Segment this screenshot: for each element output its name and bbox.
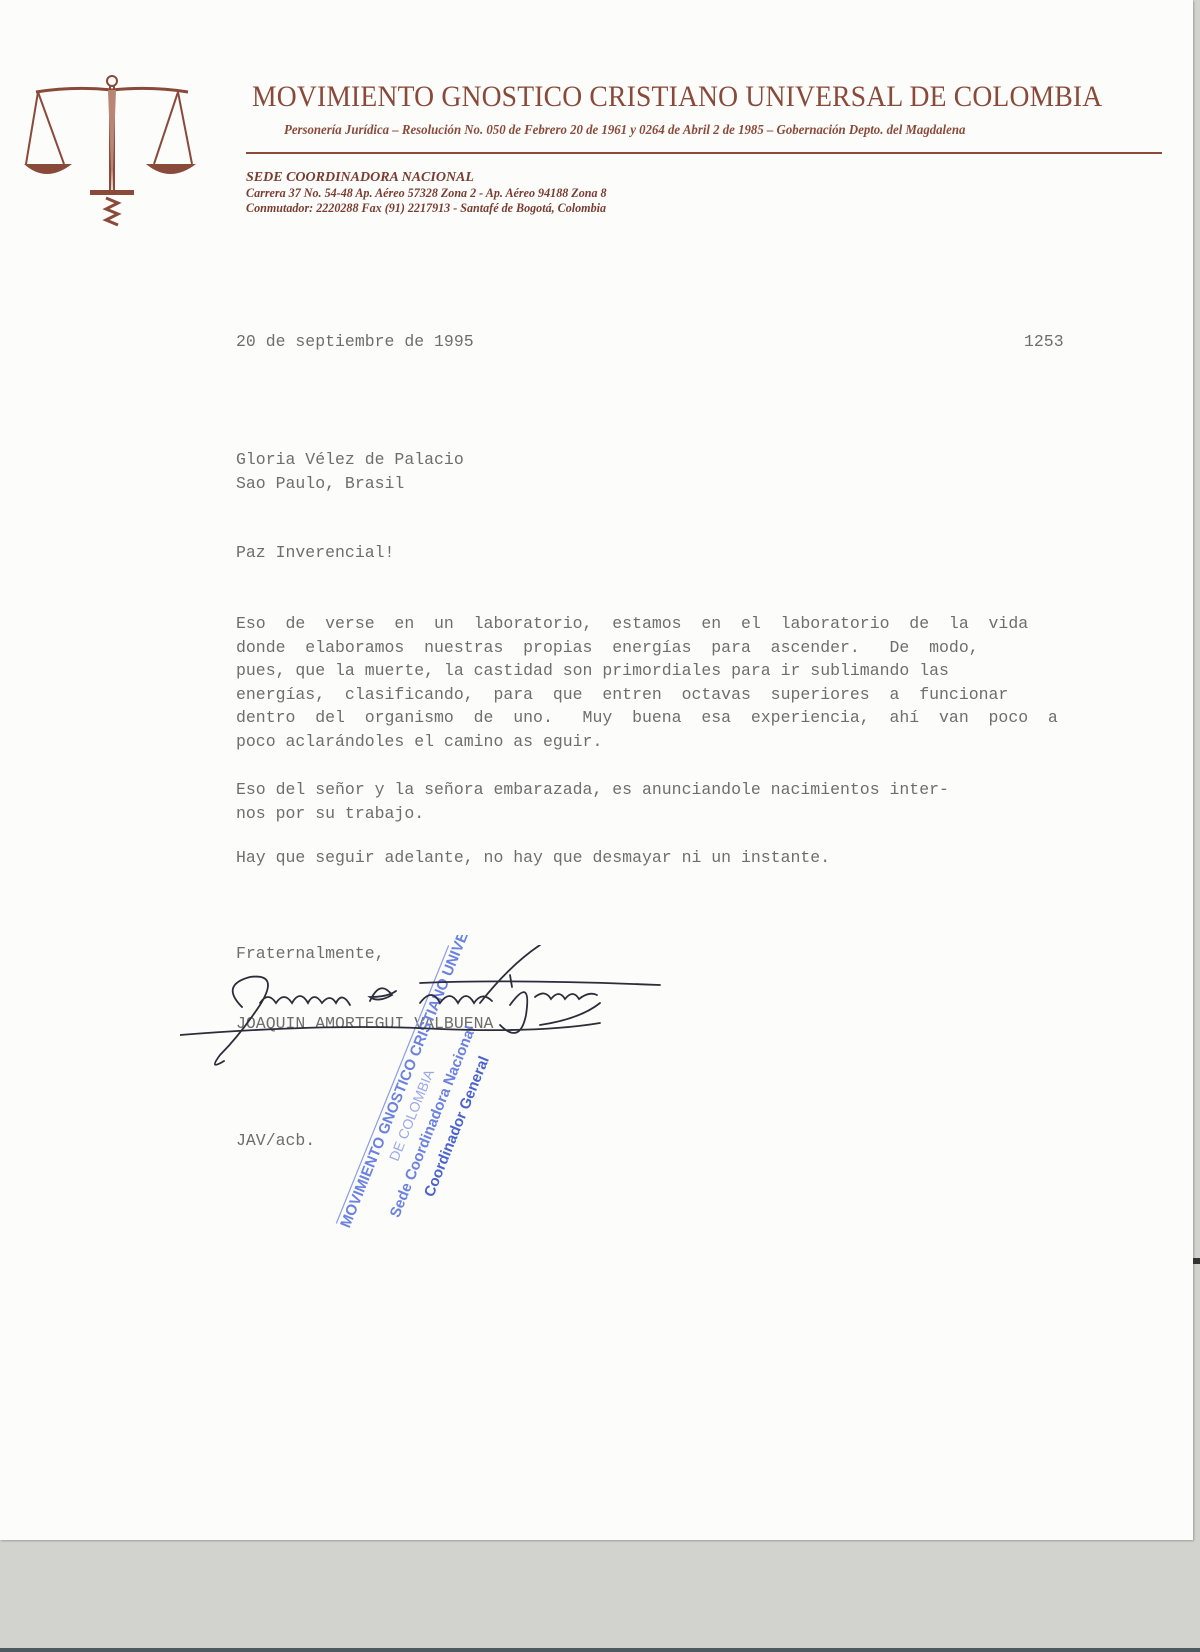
greeting: Paz Inverencial! [236,541,394,565]
office-title: SEDE COORDINADORA NACIONAL [246,170,634,185]
scan-edge-mark [1193,1258,1200,1264]
reference-number: 1253 [1024,330,1064,354]
letterhead-divider [246,152,1162,154]
body-line: energías, clasificando, para que entren … [236,683,1058,707]
office-address: Carrera 37 No. 54-48 Ap. Aéreo 57328 Zon… [246,185,607,200]
recipient-location: Sao Paulo, Brasil [236,472,464,496]
body-line: Eso de verse en un laboratorio, estamos … [236,612,1058,636]
recipient-block: Gloria Vélez de PalacioSao Paulo, Brasil [236,448,464,495]
letter-date: 20 de septiembre de 1995 [236,330,474,354]
body-line: Eso del señor y la señora embarazada, es… [236,778,949,802]
organization-name: MOVIMIENTO GNOSTICO CRISTIANO UNIVERSAL … [252,80,1098,114]
recipient-name: Gloria Vélez de Palacio [236,448,464,472]
handwritten-signature [180,945,700,1085]
legal-registration-line: Personería Jurídica – Resolución No. 050… [284,122,965,138]
body-line: pues, que la muerte, la castidad son pri… [236,659,1058,683]
scanner-bed-edge [0,1648,1200,1652]
scales-of-justice-icon [24,72,200,232]
body-line: nos por su trabajo. [236,802,949,826]
body-line: poco aclarándoles el camino as eguir. [236,730,1058,754]
office-contact: Conmutador: 2220288 Fax (91) 2217913 - S… [246,200,607,215]
body-line: Hay que seguir adelante, no hay que desm… [236,846,830,870]
body-line: donde elaboramos nuestras propias energí… [236,636,1058,660]
body-line: dentro del organismo de uno. Muy buena e… [236,706,1058,730]
body-paragraph-1: Eso de verse en un laboratorio, estamos … [236,612,1058,753]
body-paragraph-3: Hay que seguir adelante, no hay que desm… [236,846,830,870]
body-paragraph-2: Eso del señor y la señora embarazada, es… [236,778,949,825]
letter-page: MOVIMIENTO GNOSTICO CRISTIANO UNIVERSAL … [0,0,1193,1540]
office-address-block: SEDE COORDINADORA NACIONAL Carrera 37 No… [246,170,634,215]
